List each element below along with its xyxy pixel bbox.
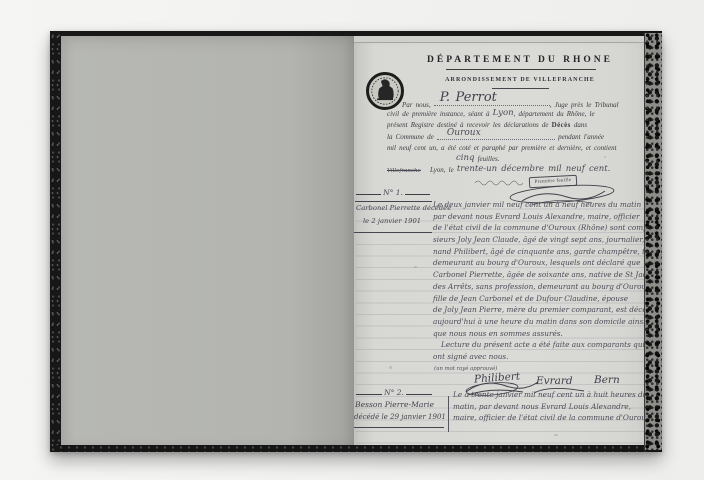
book-cover-bottom-edge — [57, 445, 650, 452]
subtitle-rule — [492, 88, 549, 89]
record-1-marginal-note: (un mot rayé approuvé) — [434, 366, 497, 372]
record-1-margin-rule-top — [355, 201, 432, 202]
stain-speck — [389, 366, 392, 369]
deces-bold-word: Décès — [552, 121, 571, 129]
record-2-margin-separator — [448, 396, 449, 432]
book-cover-spine-edge — [50, 31, 61, 452]
record-body-line: matin, par devant nous Evrard Louis Alex… — [453, 401, 644, 413]
record-1-margin-number-row: N° 1. — [354, 188, 432, 197]
preamble-line-5: mil neuf cent un, a été coté et paraphé … — [387, 143, 644, 154]
department-title: DÉPARTEMENT DU RHONE — [427, 55, 613, 65]
stain-speck — [604, 156, 606, 158]
date-handwritten: trente-un décembre mil neuf cent. — [457, 164, 611, 174]
judge-signature: P. Perrot — [440, 90, 497, 105]
record-body-line: sieurs Joly Jean Claude, âgé de vingt se… — [433, 234, 644, 246]
preamble-line-3: présent Registre destiné à recevoir les … — [387, 120, 644, 131]
record-body-line: aujourd'hui à une heure du matin dans so… — [433, 316, 644, 328]
commune-fillin: Ouroux — [437, 132, 555, 140]
record-body-line: maire, officier de l'état civil de la co… — [453, 412, 644, 424]
stain-speck — [414, 266, 417, 268]
blank-verso-page — [61, 36, 354, 445]
record-closing-line: ont signé avec nous. — [433, 351, 644, 363]
record-2-margin-date: décédé le 29 janvier 1901 — [354, 413, 446, 421]
record-body-line: des Arrêts, sans profession, demeurant a… — [433, 281, 644, 293]
signature-3: Bern — [594, 374, 620, 386]
record-2-body: Le à trente janvier mil neuf cent un à h… — [453, 389, 644, 424]
record-body-line: par devant nous Evrard Louis Alexandre, … — [433, 211, 644, 223]
scanned-register-view: DÉPARTEMENT DU RHONE ARRONDISSEMENT DE V… — [0, 0, 704, 480]
marbled-cover-edge — [644, 33, 662, 450]
record-body-line: Le deux janvier mil neuf cent un à neuf … — [433, 199, 644, 211]
struck-villefranche: Villefranche — [387, 168, 421, 174]
title-rule — [446, 69, 596, 70]
record-body-line: Le à trente janvier mil neuf cent un à h… — [453, 389, 644, 401]
record-2-number: N° 2. — [384, 388, 404, 397]
preamble-line-2: civil de première instance, séant à Lyon… — [387, 109, 644, 120]
signature-2: Evrard — [536, 375, 573, 387]
preamble-line-7: Villefranche Lyon, le trente-un décembre… — [387, 165, 644, 176]
record-body-line: Carbonel Pierrette, âgée de soixante ans… — [433, 269, 644, 281]
record-body-line: demeurant au bourg d'Ouroux, lesquels on… — [433, 257, 644, 269]
record-2-margin-name: Besson Pierre-Marie — [355, 400, 434, 409]
preamble-line-4: la Commune de Ouroux pendant l'année — [387, 132, 644, 143]
record-1-margin-rule-bottom — [354, 232, 432, 233]
sheet-count-handwritten: cinq — [456, 153, 474, 163]
record-body-line: que nous nous en sommes assurés. — [433, 328, 644, 340]
record-2-margin-number-row: N° 2. — [354, 388, 434, 397]
stain-speck — [554, 434, 558, 436]
page-top-edge — [354, 36, 644, 43]
record-closing-line: Lecture du présent acte a été faite aux … — [433, 339, 644, 351]
preamble-line-1: Par nous, P. Perrot, Juge près le Tribun… — [387, 98, 644, 109]
register-book: DÉPARTEMENT DU RHONE ARRONDISSEMENT DE V… — [50, 31, 662, 452]
preamble-paragraph: Par nous, P. Perrot, Juge près le Tribun… — [387, 98, 644, 176]
record-body-line: fille de Jean Carbonel et de Dufour Clau… — [433, 293, 644, 305]
register-title-page: DÉPARTEMENT DU RHONE ARRONDISSEMENT DE V… — [354, 36, 644, 445]
record-1-margin-date: le 2 janvier 1901 — [363, 217, 421, 225]
seat-city-handwritten: Lyon — [493, 108, 514, 118]
record-2-margin-rule — [354, 427, 444, 428]
record-body-line: de Joly Jean Pierre, mère du premier com… — [433, 304, 644, 316]
judge-name-fillin: P. Perrot — [434, 98, 550, 106]
record-1-body: Le deux janvier mil neuf cent un à neuf … — [433, 199, 644, 363]
commune-handwritten: Ouroux — [447, 128, 481, 138]
record-1-number: N° 1. — [383, 188, 403, 197]
record-body-line: de l'état civil de la commune d'Ouroux (… — [433, 222, 644, 234]
record-body-line: nand Philibert, âgé de cinquante ans, ga… — [433, 246, 644, 258]
arrondissement-subtitle: ARRONDISSEMENT DE VILLEFRANCHE — [445, 77, 595, 83]
